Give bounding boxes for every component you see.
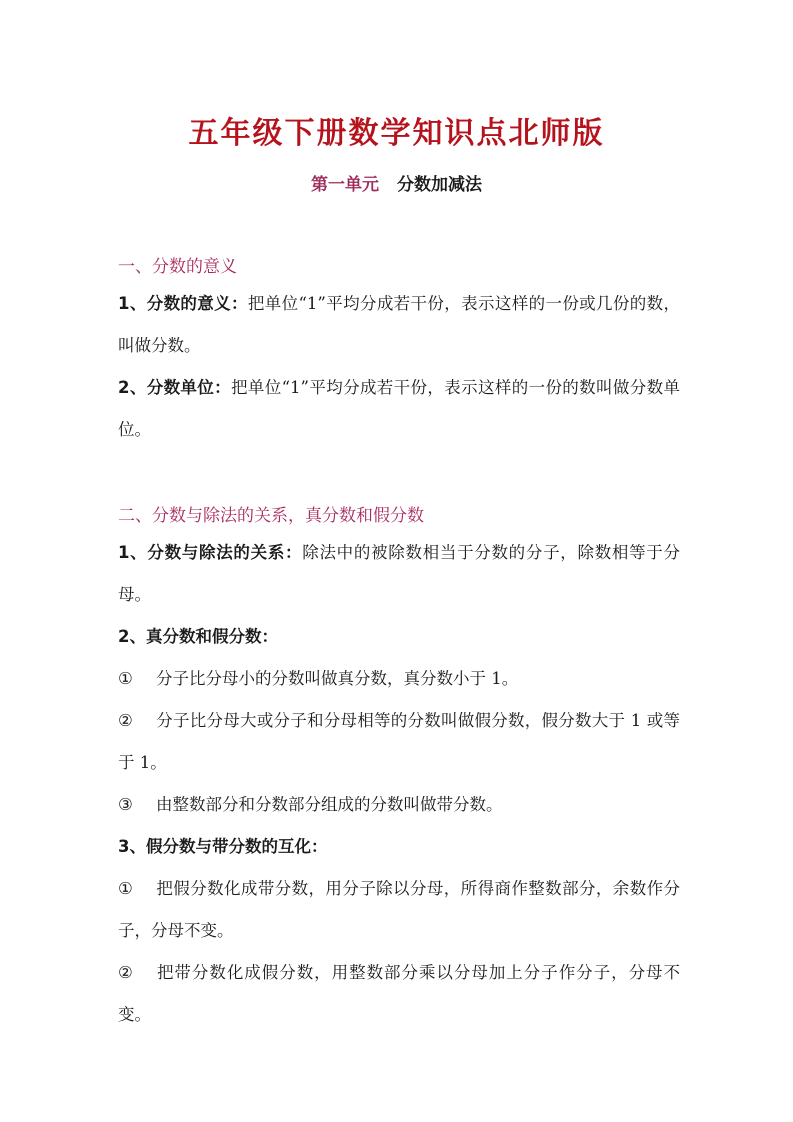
list-item: ②分子比分母大或分子和分母相等的分数叫做假分数，假分数大于 1 或等于 1。 <box>118 700 680 784</box>
list-item: ②把带分数化成假分数，用整数部分乘以分母加上分子作分子，分母不变。 <box>118 952 680 1036</box>
list-marker: ③ <box>118 784 156 826</box>
term-label: 2、分数单位： <box>118 378 231 397</box>
term-label: 1、分数的意义： <box>118 294 248 313</box>
unit-topic: 分数加减法 <box>397 175 482 195</box>
document-title: 五年级下册数学知识点北师版 <box>0 108 793 152</box>
list-text: 把假分数化成带分数，用分子除以分母，所得商作整数部分，余数作分子，分母不变。 <box>118 879 680 940</box>
subheading-proper-improper: 2、真分数和假分数： <box>118 616 680 658</box>
subheading-conversion: 3、假分数与带分数的互化： <box>118 826 680 868</box>
section-2: 二、分数与除法的关系，真分数和假分数 <box>118 501 680 526</box>
list-text: 分子比分母大或分子和分母相等的分数叫做假分数，假分数大于 1 或等于 1。 <box>118 711 680 772</box>
list-item: ①把假分数化成带分数，用分子除以分母，所得商作整数部分，余数作分子，分母不变。 <box>118 868 680 952</box>
document-page: 五年级下册数学知识点北师版 第一单元分数加减法 一、分数的意义 1、分数的意义：… <box>0 0 793 1122</box>
list-item: ③由整数部分和分数部分组成的分数叫做带分数。 <box>118 784 680 826</box>
section-1: 一、分数的意义 <box>118 252 680 277</box>
list-text: 由整数部分和分数部分组成的分数叫做带分数。 <box>156 795 503 814</box>
list-text: 把带分数化成假分数，用整数部分乘以分母加上分子作分子，分母不变。 <box>118 963 680 1024</box>
list-text: 分子比分母小的分数叫做真分数，真分数小于 1。 <box>156 669 518 688</box>
list-marker: ① <box>118 868 156 910</box>
paragraph-fraction-meaning: 1、分数的意义：把单位“1”平均分成若干份，表示这样的一份或几份的数，叫做分数。 <box>118 283 680 367</box>
section-heading: 一、分数的意义 <box>118 252 680 277</box>
list-marker: ① <box>118 658 156 700</box>
term-label: 1、分数与除法的关系： <box>118 543 302 562</box>
list-item: ①分子比分母小的分数叫做真分数，真分数小于 1。 <box>118 658 680 700</box>
paragraph-fraction-unit: 2、分数单位：把单位“1”平均分成若干份，表示这样的一份的数叫做分数单位。 <box>118 367 680 451</box>
paragraph-fraction-division: 1、分数与除法的关系：除法中的被除数相当于分数的分子，除数相等于分母。 <box>118 532 680 616</box>
list-marker: ② <box>118 952 156 994</box>
section-heading: 二、分数与除法的关系，真分数和假分数 <box>118 501 680 526</box>
list-marker: ② <box>118 700 156 742</box>
unit-label: 第一单元 <box>311 175 379 195</box>
unit-subtitle: 第一单元分数加减法 <box>0 170 793 195</box>
